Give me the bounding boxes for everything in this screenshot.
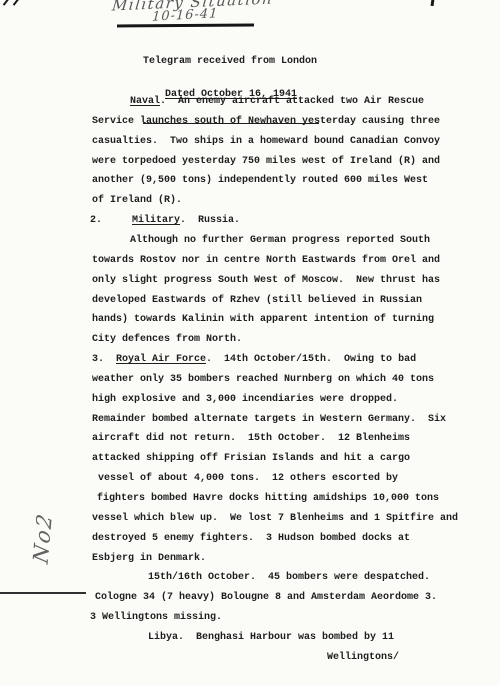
handwritten-date-note: 10-16-41 xyxy=(152,6,219,25)
text-segment: Although no further German progress repo… xyxy=(130,235,430,246)
document-line: fighters bombed Havre docks hitting amid… xyxy=(97,493,439,505)
document-line: Cologne 34 (7 heavy) Bolougne 8 and Amst… xyxy=(95,592,437,604)
document-line: hands) towards Kalinin with apparent int… xyxy=(92,314,434,326)
underlined-heading: Royal Air Force xyxy=(116,354,206,365)
telegram-document-page: Military Situation 10-16-41 Telegram rec… xyxy=(0,0,500,686)
document-line: of Ireland (R). xyxy=(92,195,182,207)
document-line: vessel of about 4,000 tons. 12 others es… xyxy=(98,473,398,485)
pen-mark-top-left-1 xyxy=(3,0,10,6)
pencil-margin-line xyxy=(0,592,86,594)
document-line: Wellingtons/ xyxy=(327,652,399,664)
document-line: aircraft did not return. 15th October. 1… xyxy=(92,433,410,445)
underlined-heading: Military xyxy=(132,215,180,226)
document-line: 3. Royal Air Force. 14th October/15th. O… xyxy=(92,354,416,366)
text-segment: . Russia. xyxy=(180,215,240,226)
text-segment: another (9,500 tons) independently route… xyxy=(92,175,428,186)
document-line: weather only 35 bombers reached Nurnberg… xyxy=(92,374,434,386)
document-line: only slight progress South West of Mosco… xyxy=(92,275,440,287)
text-segment: Libya. Benghasi Harbour was bombed by 11 xyxy=(148,632,394,643)
text-segment: vessel of about 4,000 tons. 12 others es… xyxy=(98,473,398,484)
text-segment: . An enemy aircraft attacked two Air Res… xyxy=(160,96,424,107)
document-line: 2. Military. Russia. xyxy=(90,215,240,227)
document-line: casualties. Two ships in a homeward boun… xyxy=(92,136,440,148)
text-segment: weather only 35 bombers reached Nurnberg… xyxy=(92,374,434,385)
document-line: Libya. Benghasi Harbour was bombed by 11 xyxy=(148,632,394,644)
handwritten-underline xyxy=(117,23,254,27)
document-line: high explosive and 3,000 incendiaries we… xyxy=(92,394,398,406)
document-line: Remainder bombed alternate targets in We… xyxy=(92,414,446,426)
document-line: another (9,500 tons) independently route… xyxy=(92,175,428,187)
text-segment: fighters bombed Havre docks hitting amid… xyxy=(97,493,439,504)
text-segment: of Ireland (R). xyxy=(92,195,182,206)
document-body: Naval. An enemy aircraft attacked two Ai… xyxy=(0,96,500,676)
text-segment: 15th/16th October. 45 bombers were despa… xyxy=(148,572,430,583)
text-segment: Service launches south of Newhaven yeste… xyxy=(92,116,440,127)
text-segment: Cologne 34 (7 heavy) Bolougne 8 and Amst… xyxy=(95,592,437,603)
text-segment: 3. xyxy=(92,354,116,365)
document-line: Service launches south of Newhaven yeste… xyxy=(92,116,440,128)
document-line: Naval. An enemy aircraft attacked two Ai… xyxy=(130,96,424,108)
header-title-line: Telegram received from London xyxy=(143,56,319,67)
document-line: attacked shipping off Frisian Islands an… xyxy=(92,453,410,465)
text-segment: City defences from North. xyxy=(92,334,242,345)
text-segment: high explosive and 3,000 incendiaries we… xyxy=(92,394,398,405)
document-line: City defences from North. xyxy=(92,334,242,346)
document-line: developed Eastwards of Rzhev (still beli… xyxy=(92,295,422,307)
text-segment: hands) towards Kalinin with apparent int… xyxy=(92,314,434,325)
document-line: 15th/16th October. 45 bombers were despa… xyxy=(148,572,430,584)
document-line: towards Rostov nor in centre North Eastw… xyxy=(92,255,440,267)
handwritten-margin-note: No2 xyxy=(29,510,57,566)
text-segment: developed Eastwards of Rzhev (still beli… xyxy=(92,295,422,306)
pen-mark-top-right xyxy=(431,0,435,6)
document-line: Although no further German progress repo… xyxy=(130,235,430,247)
text-segment: . 14th October/15th. Owing to bad xyxy=(206,354,416,365)
text-segment: aircraft did not return. 15th October. 1… xyxy=(92,433,410,444)
text-segment: Wellingtons/ xyxy=(327,652,399,663)
document-line: Esbjerg in Denmark. xyxy=(92,553,206,565)
text-segment: Esbjerg in Denmark. xyxy=(92,553,206,564)
text-segment: attacked shipping off Frisian Islands an… xyxy=(92,453,410,464)
text-segment: 3 Wellingtons missing. xyxy=(90,612,222,623)
text-segment: casualties. Two ships in a homeward boun… xyxy=(92,136,440,147)
document-line: were torpedoed yesterday 750 miles west … xyxy=(92,156,440,168)
text-segment: destroyed 5 enemy fighters. 3 Hudson bom… xyxy=(92,533,410,544)
text-segment: vessel which blew up. We lost 7 Blenheim… xyxy=(92,513,458,524)
text-segment: were torpedoed yesterday 750 miles west … xyxy=(92,156,440,167)
text-segment: towards Rostov nor in centre North Eastw… xyxy=(92,255,440,266)
pen-mark-top-left-2 xyxy=(13,0,20,6)
document-line: destroyed 5 enemy fighters. 3 Hudson bom… xyxy=(92,533,410,545)
document-line: 3 Wellingtons missing. xyxy=(90,612,222,624)
document-line: vessel which blew up. We lost 7 Blenheim… xyxy=(92,513,458,525)
text-segment: Remainder bombed alternate targets in We… xyxy=(92,414,446,425)
text-segment: 2. xyxy=(90,215,132,226)
text-segment: only slight progress South West of Mosco… xyxy=(92,275,440,286)
underlined-heading: Naval xyxy=(130,96,160,107)
